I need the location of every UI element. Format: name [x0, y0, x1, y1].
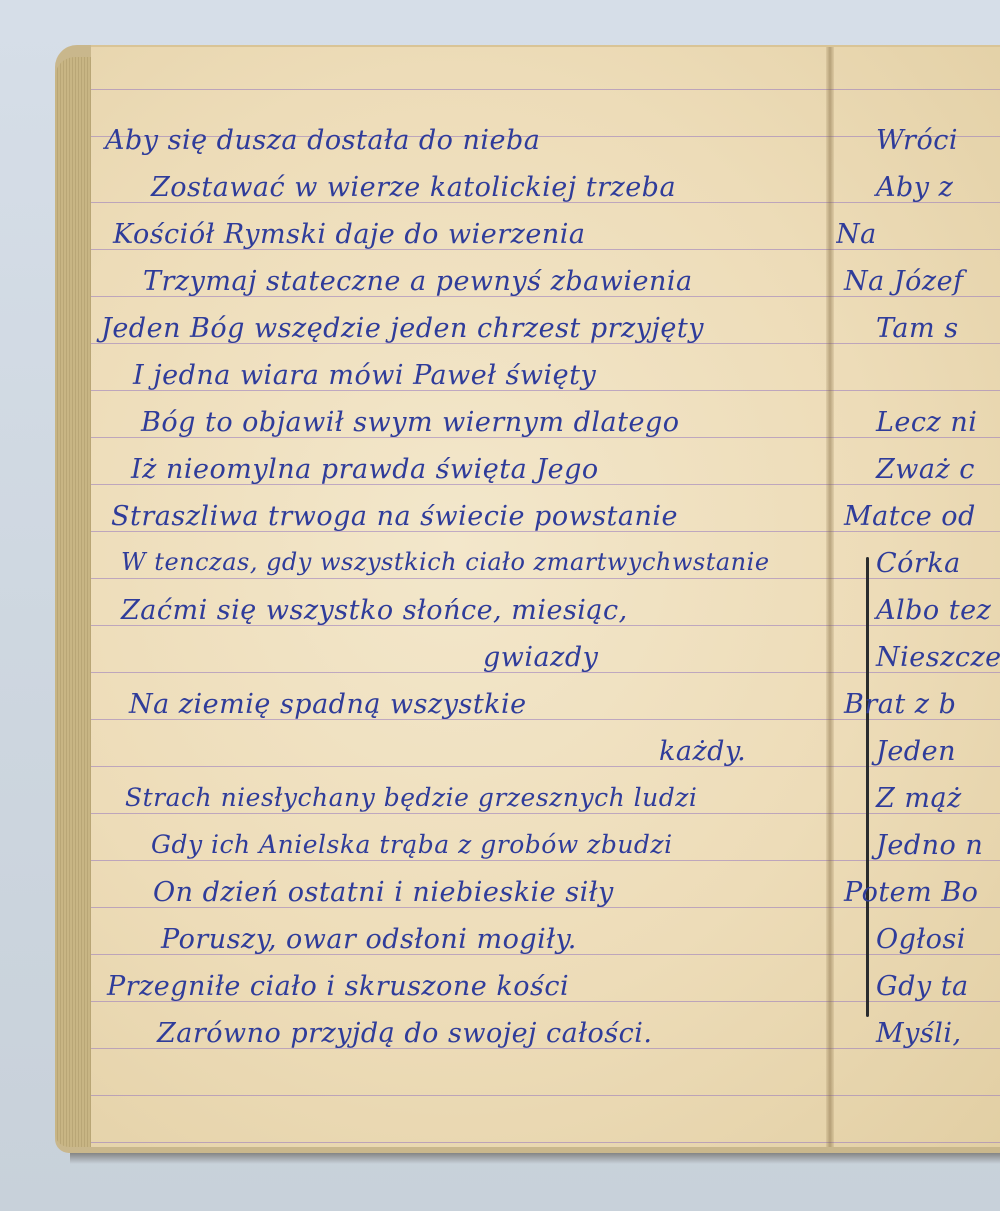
handwritten-line: Ogłosi: [876, 924, 966, 955]
handwritten-line: I jedna wiara mówi Paweł święty: [133, 360, 596, 391]
handwritten-line: Jeden Bóg wszędzie jeden chrzest przyjęt…: [101, 313, 704, 344]
handwritten-line: Gdy ich Anielska trąba z grobów zbudzi: [151, 830, 673, 859]
handwritten-line: Gdy ta: [876, 971, 969, 1002]
handwritten-line: Brat z b: [844, 689, 956, 720]
left-page: Aby się dusza dostała do nieba Zostawać …: [91, 47, 831, 1147]
right-page: Wróci Aby z Na Na Józef Tam s Lecz ni Zw…: [836, 47, 1000, 1147]
handwritten-line: Na Józef: [844, 266, 964, 297]
handwritten-line: Trzymaj stateczne a pewnyś zbawienia: [143, 266, 693, 297]
handwritten-line: Córka: [876, 548, 961, 579]
handwritten-line: Poruszy, owar odsłoni mogiły.: [161, 924, 577, 955]
handwritten-line: Wróci: [876, 125, 958, 156]
handwritten-line: Na: [836, 219, 877, 250]
handwritten-line: Zarówno przyjdą do swojej całości.: [157, 1018, 652, 1049]
handwritten-line: Matce od: [844, 501, 976, 532]
handwritten-line: każdy.: [659, 736, 746, 767]
handwritten-line: Lecz ni: [876, 407, 977, 438]
handwritten-line: Na ziemię spadną wszystkie: [129, 689, 527, 720]
handwritten-line: Albo tez: [876, 595, 991, 626]
page-fold: [826, 47, 834, 1147]
handwritten-line: Z mąż: [876, 783, 962, 814]
handwritten-line: Nieszcze: [876, 642, 1000, 673]
handwritten-line: Zaćmi się wszystko słońce, miesiąc,: [121, 595, 628, 626]
handwritten-line: Kościół Rymski daje do wierzenia: [113, 219, 585, 250]
handwritten-line: Straszliwa trwoga na świecie powstanie: [111, 501, 678, 532]
handwritten-line: Jedno n: [876, 830, 983, 861]
handwritten-line: Tam s: [876, 313, 959, 344]
handwritten-line: Przegniłe ciało i skruszone kości: [107, 971, 569, 1002]
handwritten-line: Myśli,: [876, 1018, 962, 1049]
open-spread: Aby się dusza dostała do nieba Zostawać …: [91, 45, 1000, 1147]
handwritten-line: Aby się dusza dostała do nieba: [105, 125, 540, 156]
handwritten-line: Bóg to objawił swym wiernym dlatego: [141, 407, 680, 438]
handwritten-line: Zważ c: [876, 454, 975, 485]
handwritten-line: On dzień ostatni i niebieskie siły: [153, 877, 614, 908]
handwritten-line: Iż nieomylna prawda święta Jego: [131, 454, 599, 485]
handwritten-line: Strach niesłychany będzie grzesznych lud…: [125, 783, 697, 812]
handwritten-line: Zostawać w wierze katolickiej trzeba: [151, 172, 676, 203]
handwritten-line: gwiazdy: [483, 642, 598, 673]
handwritten-line: W tenczas, gdy wszystkich ciało zmartwyc…: [121, 548, 770, 576]
notebook: Aby się dusza dostała do nieba Zostawać …: [55, 45, 1000, 1153]
handwritten-line: Jeden: [876, 736, 956, 767]
handwritten-line: Potem Bo: [844, 877, 978, 908]
handwritten-line: Aby z: [876, 172, 953, 203]
